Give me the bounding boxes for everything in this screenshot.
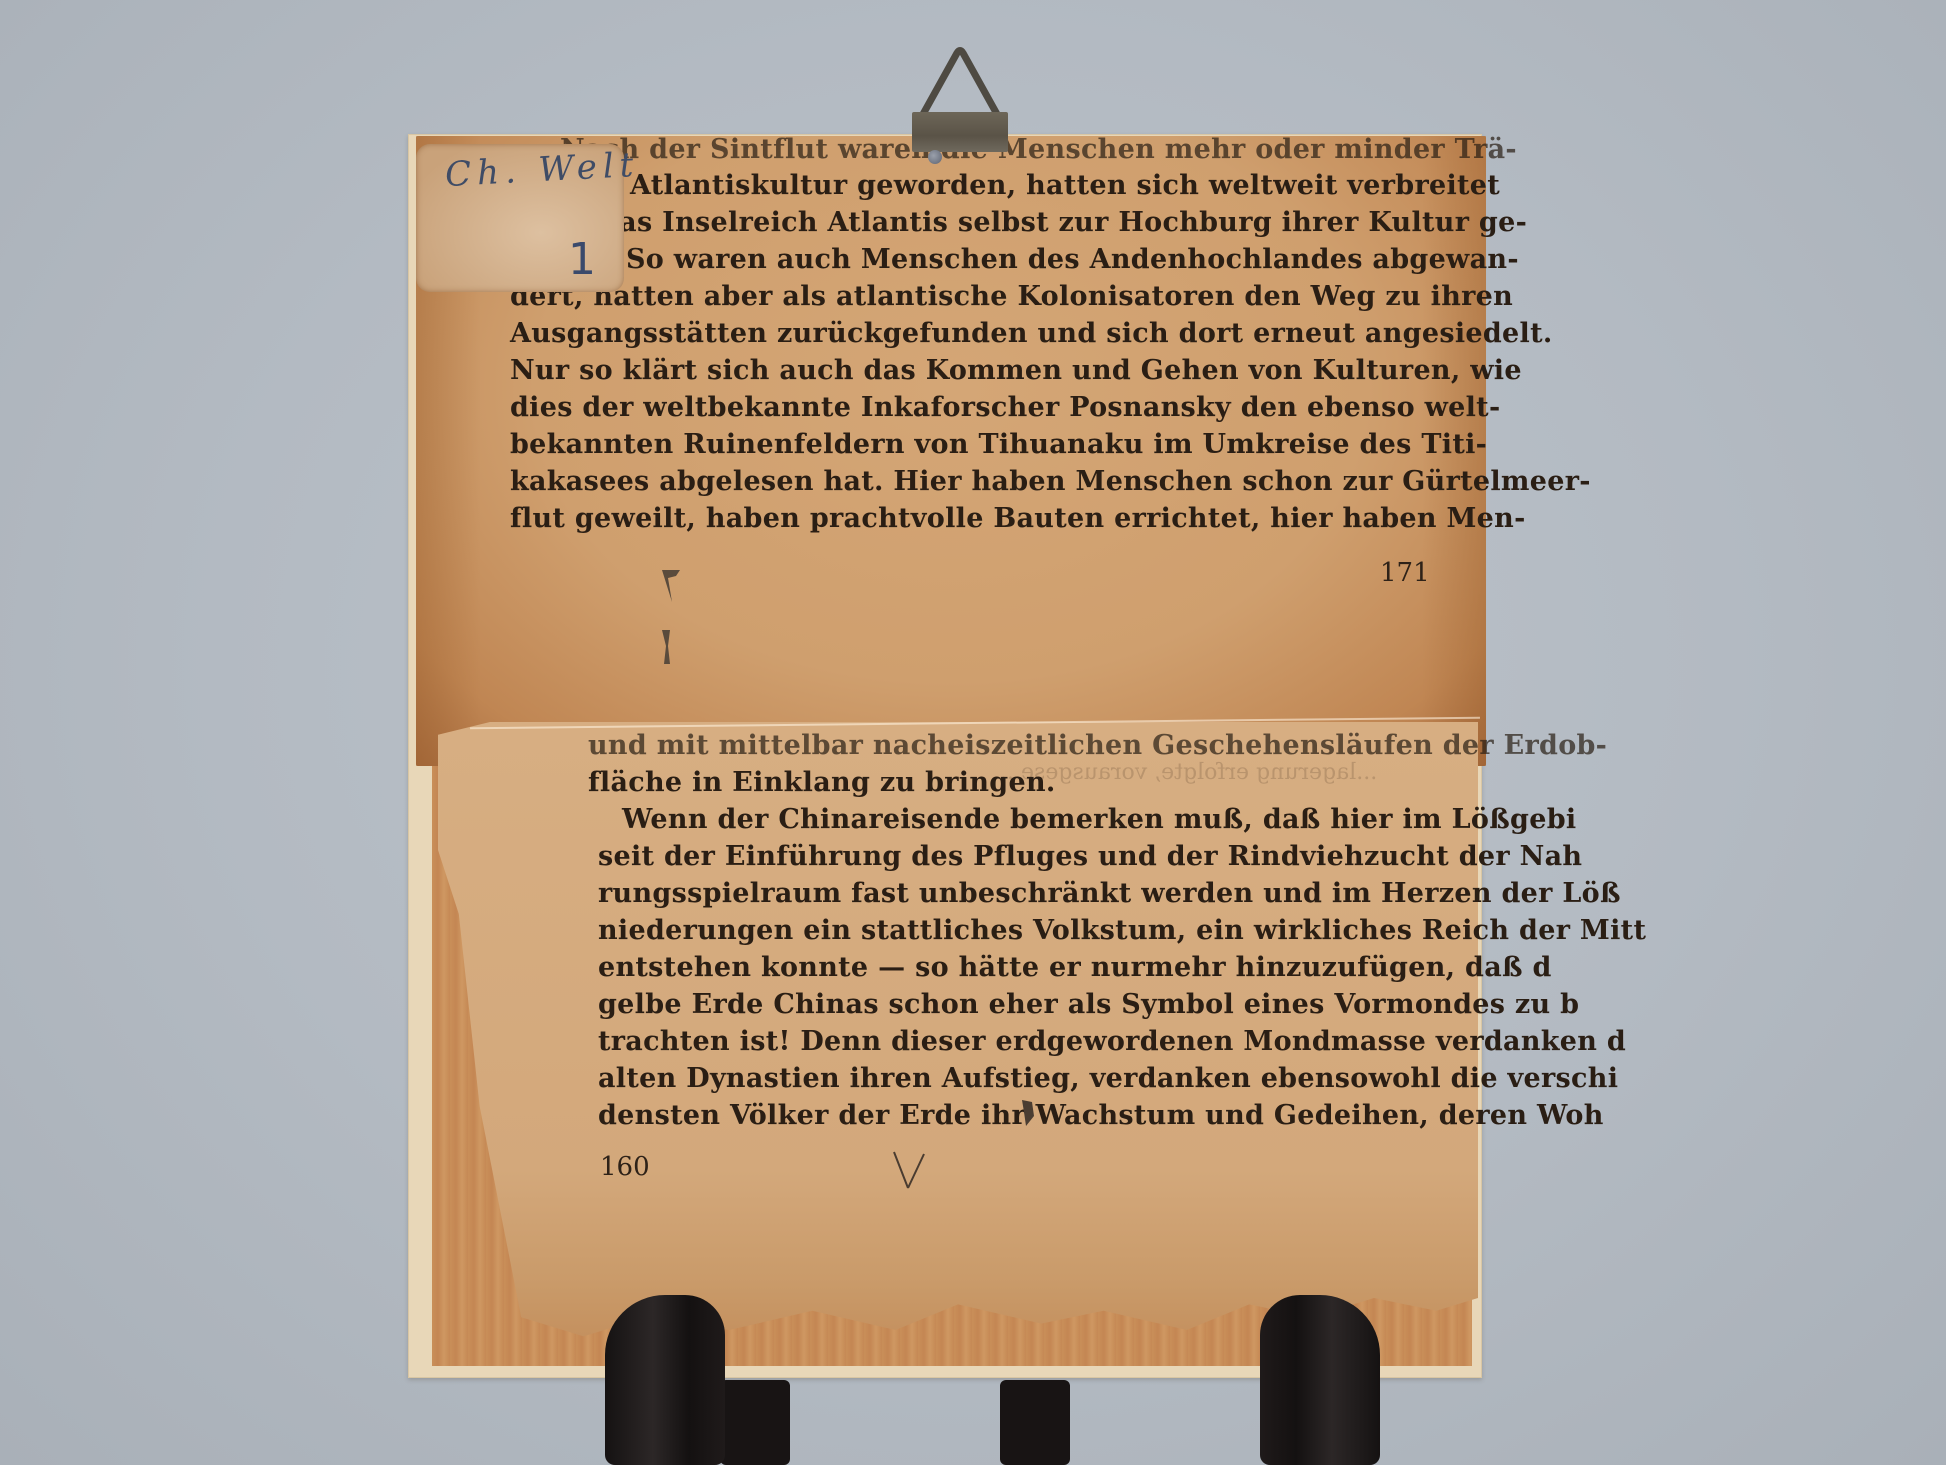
hanger-bracket [912, 112, 1008, 152]
text-line: niederungen ein stattliches Volkstum, ei… [598, 915, 1646, 946]
text-line: dies der weltbekannte Inkaforscher Posna… [510, 392, 1500, 423]
text-line: dert, hatten aber als atlantische Koloni… [510, 281, 1513, 312]
page-number-160: 160 [600, 1152, 650, 1182]
text-line: Ausgangsstätten zurückgefunden und sich … [510, 318, 1553, 349]
label-number: 1 [568, 234, 596, 285]
stand-rear-leg [1000, 1380, 1070, 1465]
text-line: Atlantiskultur geworden, hatten sich wel… [630, 170, 1500, 201]
text-line: Nach der Sintflut waren die Menschen meh… [560, 134, 1517, 165]
rivet-icon [928, 150, 942, 164]
tear-mark-icon [648, 568, 684, 668]
photo-scene: Ch. Welt 1 Nach der Sintflut waren die M… [0, 0, 1946, 1465]
display-stand-left-arm [605, 1295, 725, 1465]
display-stand-right-arm [1260, 1295, 1380, 1465]
text-line: das Inselreich Atlantis selbst zur Hochb… [600, 207, 1527, 238]
text-line: alten Dynastien ihren Aufstieg, verdanke… [598, 1063, 1618, 1094]
text-line: entstehen konnte — so hätte er nurmehr h… [598, 952, 1552, 983]
text-line: seit der Einführung des Pfluges und der … [598, 841, 1582, 872]
text-line: trachten ist! Denn dieser erdgewordenen … [598, 1026, 1626, 1057]
text-line: bekannten Ruinenfeldern von Tihuanaku im… [510, 429, 1487, 460]
text-line: flut geweilt, haben prachtvolle Bauten e… [510, 503, 1526, 534]
text-line: kakasees abgelesen hat. Hier haben Mensc… [510, 466, 1591, 497]
text-line: Nur so klärt sich auch das Kommen und Ge… [510, 355, 1522, 386]
text-line: und mit mittelbar nacheiszeitlichen Gesc… [588, 730, 1607, 761]
text-line: densten Völker der Erde ihr Wachstum und… [598, 1100, 1604, 1131]
text-line: So waren auch Menschen des Andenhochland… [626, 244, 1519, 275]
text-line: rungsspielraum fast unbeschränkt werden … [598, 878, 1621, 909]
scratch-mark-icon [890, 1148, 940, 1193]
text-line: gelbe Erde Chinas schon eher als Symbol … [598, 989, 1579, 1020]
paper-chip-icon [1018, 1098, 1038, 1128]
page-number-171: 171 [1380, 558, 1430, 588]
bleed-through-text: ...lagerung erfolgte, vorausgese... [1000, 760, 1377, 785]
stand-rear-leg [720, 1380, 790, 1465]
text-line: fläche in Einklang zu bringen. [588, 767, 1056, 798]
text-line: Wenn der Chinareisende bemerken muß, daß… [622, 804, 1576, 835]
